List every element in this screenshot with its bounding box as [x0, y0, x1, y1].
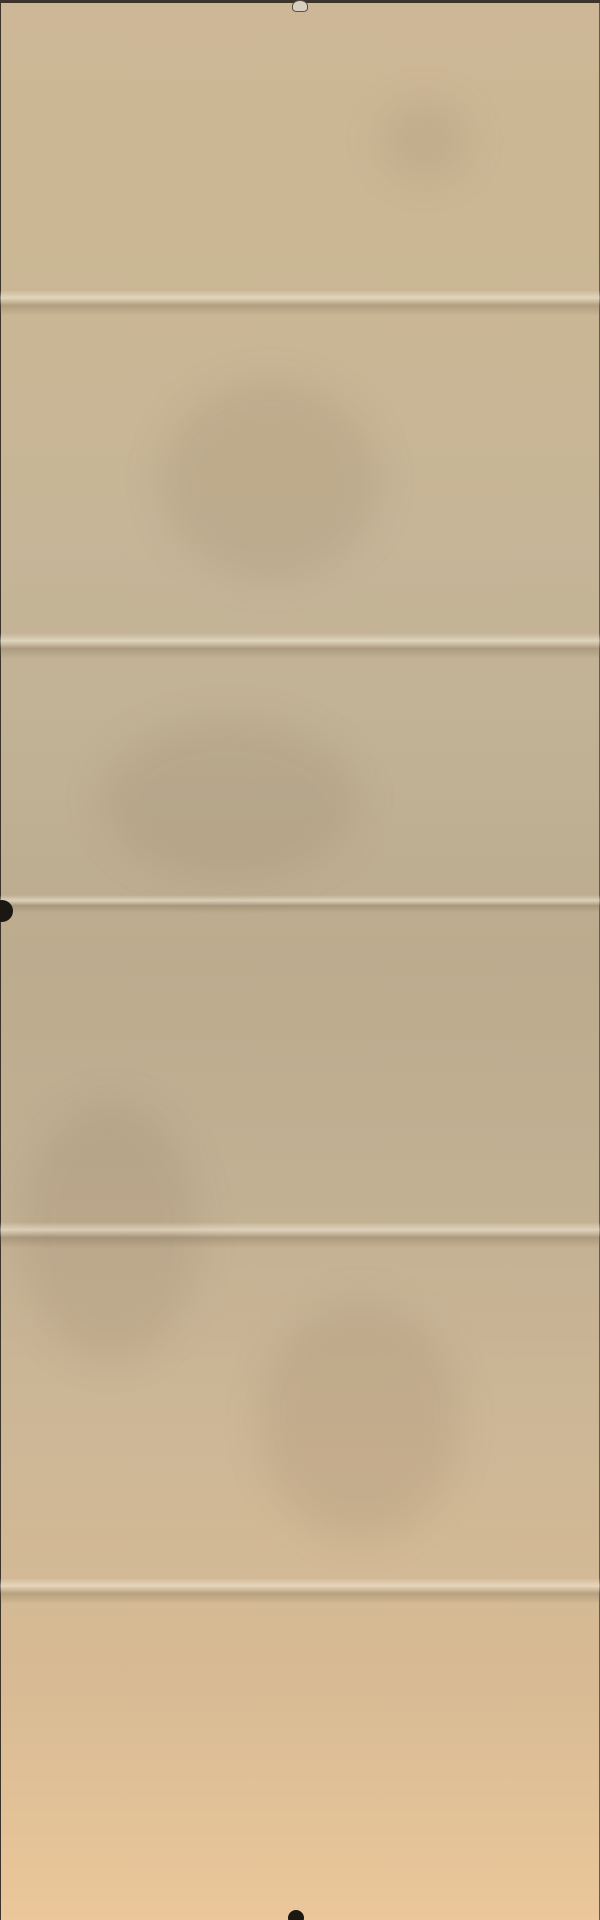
- fold-crease: [0, 1222, 600, 1248]
- fold-crease: [0, 633, 600, 659]
- stain: [380, 100, 470, 180]
- top-clip: [292, 0, 308, 12]
- fold-crease: [0, 895, 600, 913]
- stain: [100, 720, 360, 880]
- bottom-clip: [288, 1910, 304, 1920]
- stain: [260, 1300, 460, 1540]
- fold-crease: [0, 1578, 600, 1604]
- blank-paper-photo: [0, 0, 600, 1920]
- stain: [160, 380, 380, 580]
- fold-crease: [0, 290, 600, 316]
